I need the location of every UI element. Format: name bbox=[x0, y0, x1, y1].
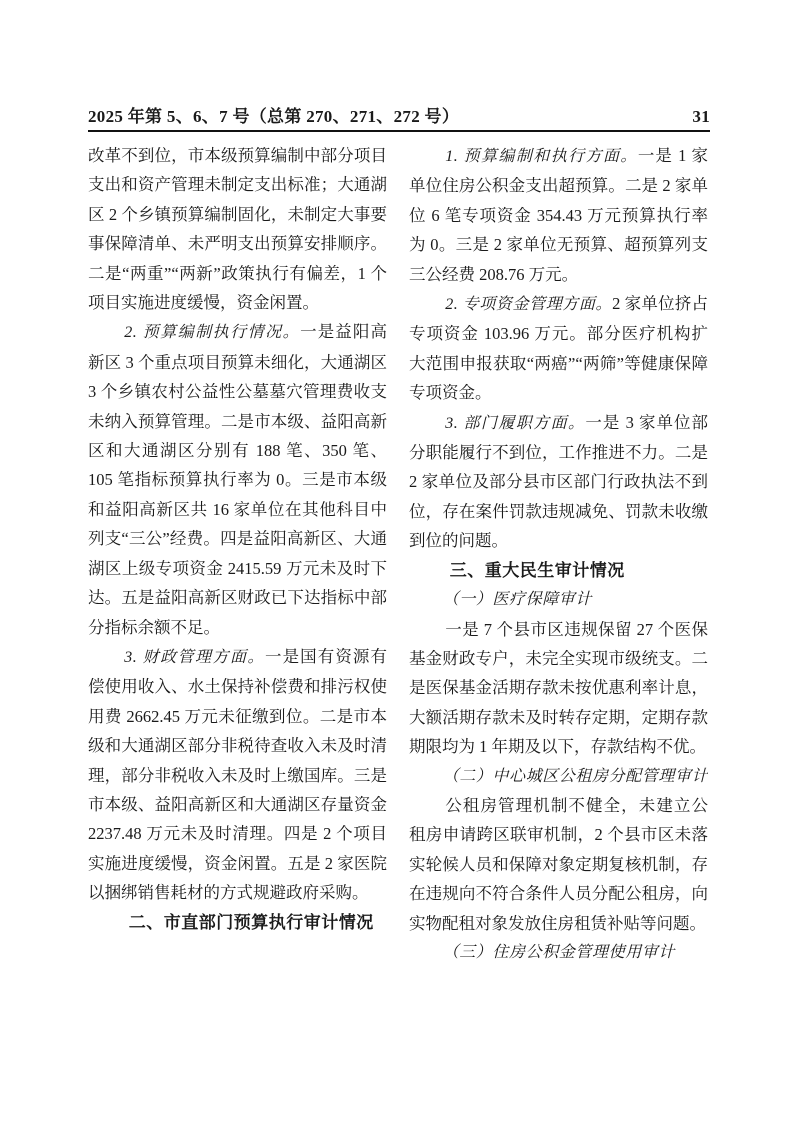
paragraph: 一是 7 个县市区违规保留 27 个医保基金财政专户，未完全实现市级统支。二是医… bbox=[409, 615, 708, 762]
paragraph: 公租房管理机制不健全，未建立公租房申请跨区联审机制，2 个县市区未落实轮候人员和… bbox=[409, 791, 708, 938]
numbered-lead: 2. 预算编制执行情况。 bbox=[124, 324, 300, 341]
page-number: 31 bbox=[692, 107, 710, 127]
numbered-lead: 2. 专项资金管理方面。 bbox=[445, 296, 612, 313]
two-column-text: 改革不到位，市本级预算编制中部分项目支出和资产管理未制定支出标准；大通湖区 2 … bbox=[88, 141, 708, 995]
paragraph: 2. 专项资金管理方面。2 家单位挤占专项资金 103.96 万元。部分医疗机构… bbox=[409, 289, 708, 408]
issue-label: 2025 年第 5、6、7 号（总第 270、271、272 号） bbox=[88, 102, 459, 127]
sub-section-heading: （二）中心城区公租房分配管理审计 bbox=[409, 762, 708, 791]
section-heading: 二、市直部门预算执行审计情况 bbox=[88, 908, 387, 937]
numbered-lead: 3. 部门履职方面。 bbox=[445, 415, 585, 432]
numbered-lead: 3. 财政管理方面。 bbox=[124, 649, 265, 666]
paragraph: 3. 财政管理方面。一是国有资源有偿使用收入、水土保持补偿费和排污权使用费 26… bbox=[88, 642, 387, 908]
numbered-lead: 1. 预算编制和执行方面。 bbox=[445, 148, 638, 165]
paragraph: 1. 预算编制和执行方面。一是 1 家单位住房公积金支出超预算。二是 2 家单位… bbox=[409, 141, 708, 289]
sub-section-heading: （三）住房公积金管理使用审计 bbox=[409, 938, 708, 967]
page-header: 2025 年第 5、6、7 号（总第 270、271、272 号） 31 bbox=[88, 102, 710, 132]
paragraph: 3. 部门履职方面。一是 3 家单位部分职能履行不到位，工作推进不力。二是 2 … bbox=[409, 408, 708, 556]
paragraph: 改革不到位，市本级预算编制中部分项目支出和资产管理未制定支出标准；大通湖区 2 … bbox=[88, 141, 387, 317]
section-heading: 三、重大民生审计情况 bbox=[409, 556, 708, 585]
document-page: 2025 年第 5、6、7 号（总第 270、271、272 号） 31 改革不… bbox=[0, 0, 794, 1122]
paragraph: 2. 预算编制执行情况。一是益阳高新区 3 个重点项目预算未细化，大通湖区 3 … bbox=[88, 317, 387, 641]
sub-section-heading: （一）医疗保障审计 bbox=[409, 585, 708, 614]
